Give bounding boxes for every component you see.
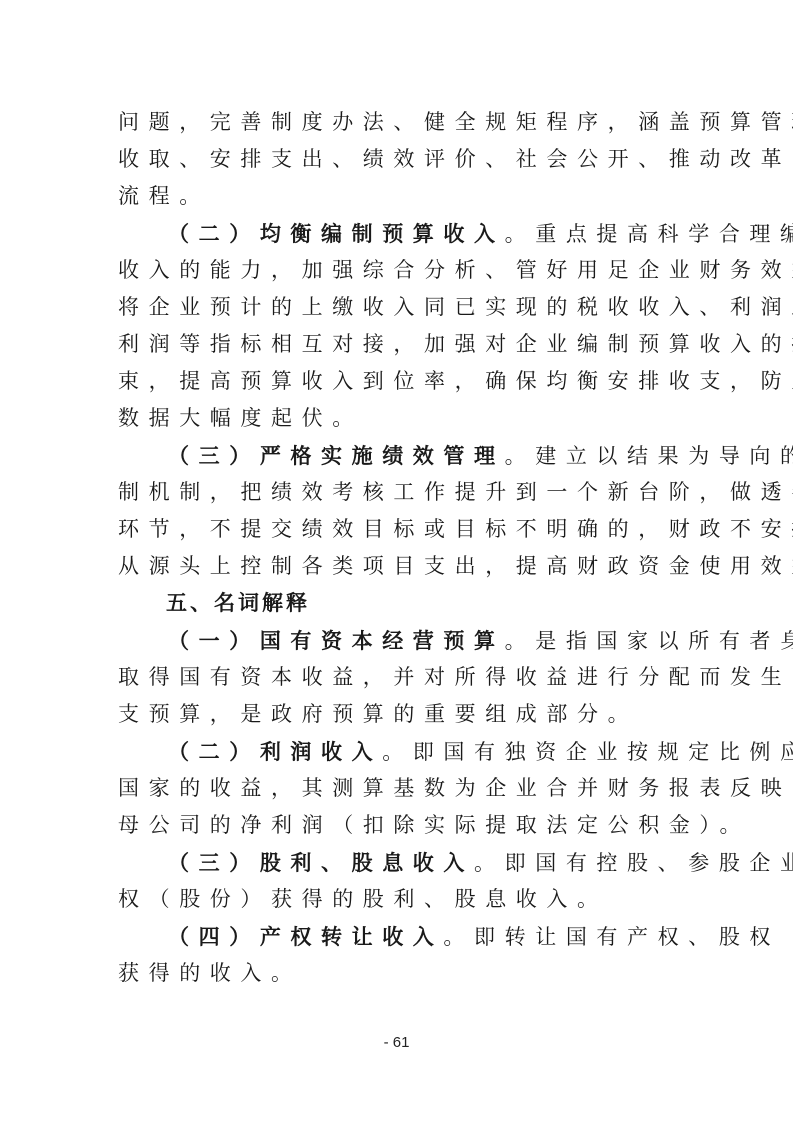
definition-label: （四） — [168, 924, 260, 949]
item-label: （三） — [168, 443, 260, 468]
definition-label: （一） — [168, 628, 260, 653]
text-line: 利润等指标相互对接，加强对企业编制预算收入的指导和约 — [118, 326, 678, 363]
page-number: - 61 — [0, 1034, 793, 1051]
text-line: 束，提高预算收入到位率，确保均衡安排收支，防止预决算 — [118, 363, 678, 400]
definition-first-line: （四）产权转让收入。即转让国有产权、股权（股份） — [118, 918, 678, 955]
text-line: 母公司的净利润（扣除实际提取法定公积金）。 — [118, 807, 678, 844]
definition-term: 产权转让收入 — [260, 924, 444, 949]
definition-term: 国有资本经营预算 — [260, 628, 505, 653]
document-page: 问题，完善制度办法、健全规矩程序，涵盖预算管理、收益 收取、安排支出、绩效评价、… — [118, 104, 678, 992]
definition-term: 利润收入 — [260, 739, 382, 764]
text-line: 问题，完善制度办法、健全规矩程序，涵盖预算管理、收益 — [118, 104, 678, 141]
text-line: 收取、安排支出、绩效评价、社会公开、推动改革的工作全 — [118, 141, 678, 178]
definition-text: 。即国有控股、参股企业国有股 — [474, 851, 793, 875]
item-text: 。建立以结果为导向的预算编 — [505, 444, 793, 468]
paragraph-first-line: （三）严格实施绩效管理。建立以结果为导向的预算编 — [118, 437, 678, 474]
definition-first-line: （二）利润收入。即国有独资企业按规定比例应当上缴 — [118, 733, 678, 770]
section-heading: 五、名词解释 — [118, 585, 678, 622]
text-line: 从源头上控制各类项目支出，提高财政资金使用效益。 — [118, 548, 678, 585]
text-line: 数据大幅度起伏。 — [118, 400, 678, 437]
text-line: 流程。 — [118, 178, 678, 215]
text-line: 环节，不提交绩效目标或目标不明确的，财政不安排预算， — [118, 511, 678, 548]
definition-text: 。即转让国有产权、股权（股份） — [443, 925, 793, 949]
text-line: 国家的收益，其测算基数为企业合并财务报表反映的归属于 — [118, 770, 678, 807]
text-line: 权（股份）获得的股利、股息收入。 — [118, 881, 678, 918]
text-line: 将企业预计的上缴收入同已实现的税收收入、利润总额、净 — [118, 289, 678, 326]
definition-first-line: （一）国有资本经营预算。是指国家以所有者身份依法 — [118, 622, 678, 659]
definition-term: 股利、股息收入 — [260, 850, 474, 875]
text-line: 收入的能力，加强综合分析、管好用足企业财务效益数据， — [118, 252, 678, 289]
text-line: 取得国有资本收益，并对所得收益进行分配而发生的各项收 — [118, 659, 678, 696]
item-label: （二） — [168, 221, 260, 246]
item-text: 。重点提高科学合理编制预算 — [505, 222, 793, 246]
definition-text: 。即国有独资企业按规定比例应当上缴 — [382, 740, 793, 764]
definition-label: （二） — [168, 739, 260, 764]
text-line: 制机制，把绩效考核工作提升到一个新台阶，做透各个工作 — [118, 474, 678, 511]
text-line: 获得的收入。 — [118, 955, 678, 992]
definition-text: 。是指国家以所有者身份依法 — [505, 629, 793, 653]
text-line: 支预算，是政府预算的重要组成部分。 — [118, 696, 678, 733]
definition-label: （三） — [168, 850, 260, 875]
paragraph-first-line: （二）均衡编制预算收入。重点提高科学合理编制预算 — [118, 215, 678, 252]
item-title: 严格实施绩效管理 — [260, 443, 505, 468]
definition-first-line: （三）股利、股息收入。即国有控股、参股企业国有股 — [118, 844, 678, 881]
item-title: 均衡编制预算收入 — [260, 221, 505, 246]
